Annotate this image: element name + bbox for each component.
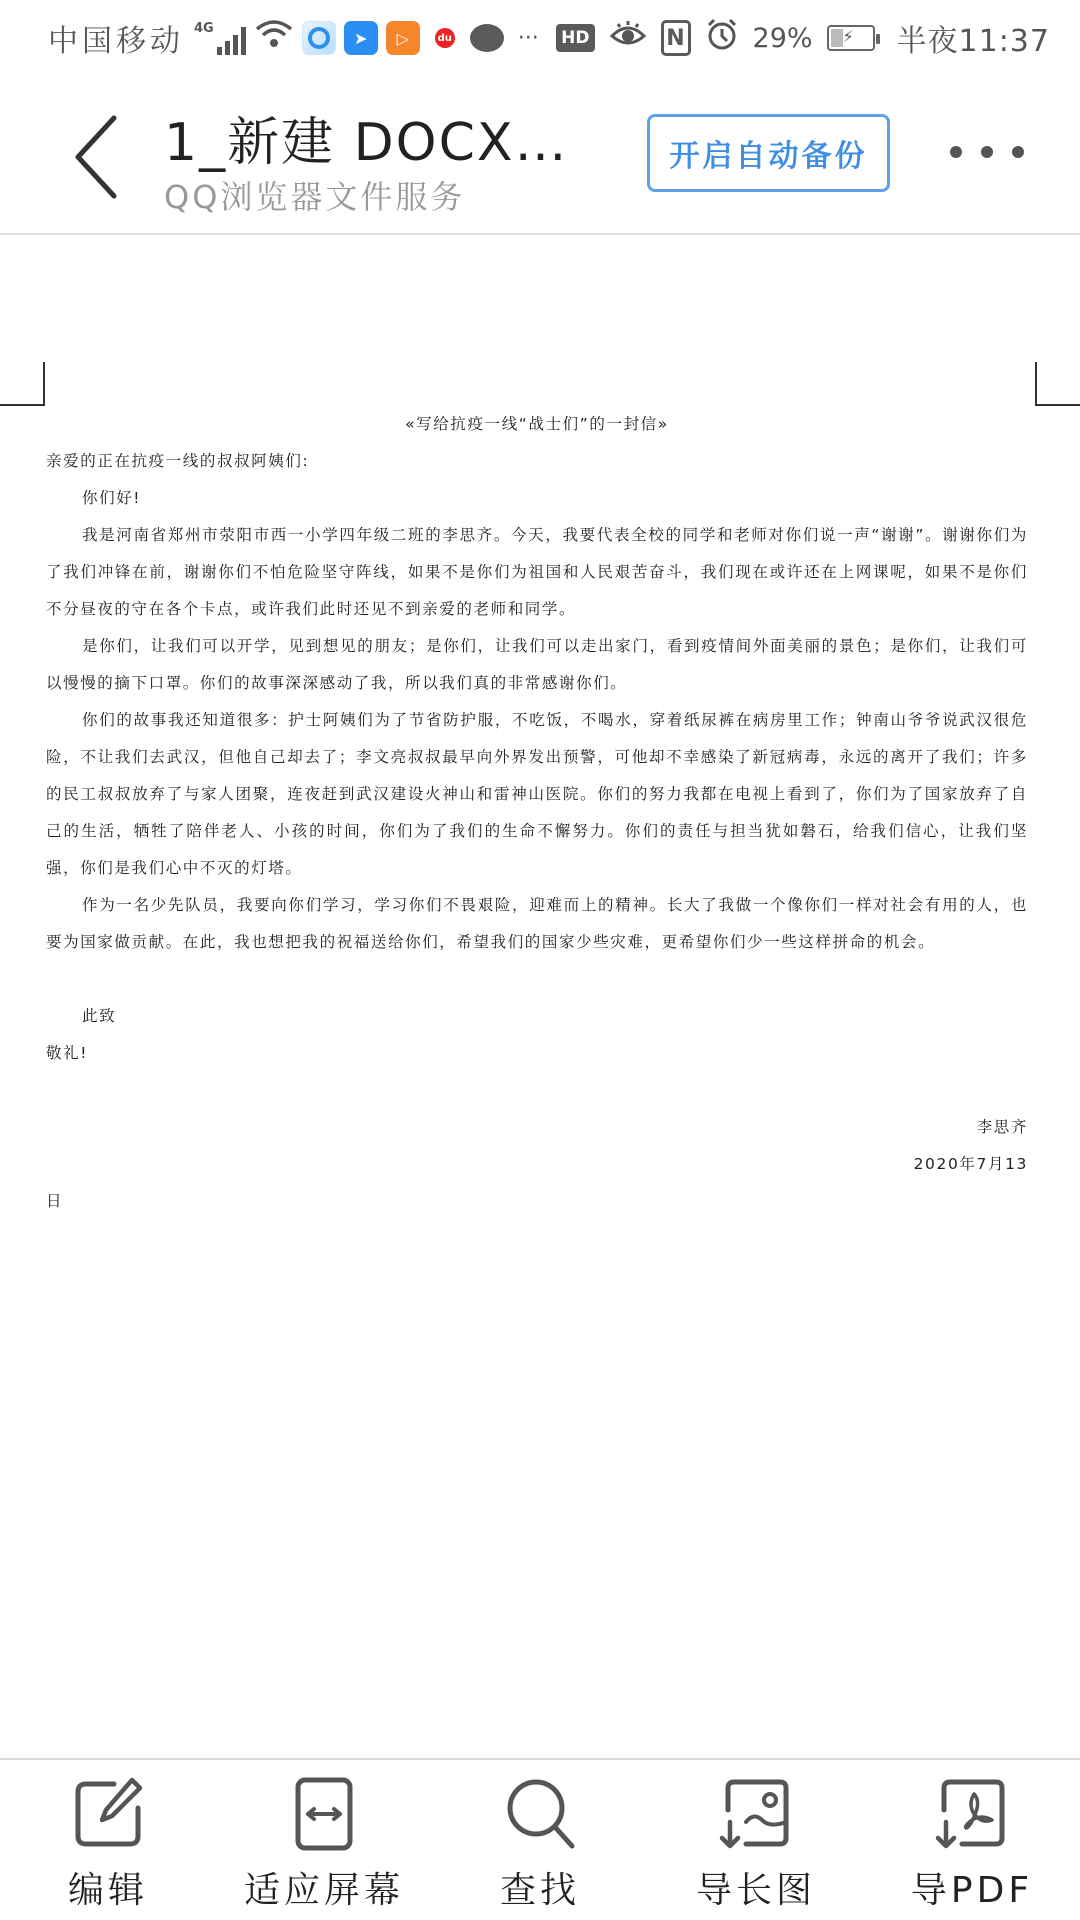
wifi-icon [254, 17, 294, 59]
baidu-map-icon: du [428, 21, 462, 55]
export-image-icon [716, 1774, 796, 1854]
export-pdf-icon [932, 1774, 1012, 1854]
bottom-toolbar: 编辑 适应屏幕 查找 导长图 导PDF [0, 1760, 1080, 1920]
edit-label: 编辑 [68, 1862, 148, 1913]
export-long-image-label: 导长图 [696, 1862, 816, 1913]
video-app-icon: ▷ [386, 21, 420, 55]
document-content: «写给抗疫一线“战士们”的一封信» 亲爱的正在抗疫一线的叔叔阿姨们: 你们好! … [46, 406, 1028, 1220]
battery-percent: 29% [753, 23, 813, 54]
document-title: 1_新建 DOCX… [164, 100, 569, 175]
hd-icon: HD [556, 24, 594, 52]
letter-date-tail: 日 [46, 1183, 1028, 1220]
carrier-name: 中国移动 [48, 16, 184, 60]
letter-paragraph: 是你们，让我们可以开学，见到想见的朋友；是你们，让我们可以走出家门，看到疫情间外… [46, 628, 1028, 702]
chevron-left-icon [70, 112, 130, 202]
fit-screen-button[interactable]: 适应屏幕 [216, 1760, 432, 1920]
blank-line [46, 961, 1028, 998]
alarm-icon [705, 17, 739, 59]
export-pdf-button[interactable]: 导PDF [864, 1760, 1080, 1920]
back-button[interactable] [70, 112, 130, 202]
edit-icon [68, 1774, 148, 1854]
eye-comfort-icon [609, 18, 647, 58]
battery-icon: ⚡ [827, 25, 875, 51]
document-viewer[interactable]: «写给抗疫一线“战士们”的一封信» 亲爱的正在抗疫一线的叔叔阿姨们: 你们好! … [0, 236, 1080, 1756]
page-margin-mark-left [0, 362, 45, 406]
export-pdf-label: 导PDF [911, 1862, 1033, 1913]
more-notifications-icon: ··· [518, 26, 539, 51]
fit-screen-label: 适应屏幕 [244, 1862, 404, 1913]
nfc-icon: N [661, 20, 691, 56]
blank-line [46, 1072, 1028, 1109]
document-source: QQ浏览器文件服务 [164, 172, 465, 218]
more-dot-icon [981, 146, 993, 158]
more-options-button[interactable] [950, 132, 1024, 172]
letter-greeting: 你们好! [46, 480, 1028, 517]
letter-salutation: 亲爱的正在抗疫一线的叔叔阿姨们: [46, 443, 1028, 480]
message-icon [470, 24, 504, 52]
search-button[interactable]: 查找 [432, 1760, 648, 1920]
more-dot-icon [1012, 146, 1024, 158]
dingtalk-icon: ➤ [344, 21, 378, 55]
letter-paragraph: 你们的故事我还知道很多：护士阿姨们为了节省防护服，不吃饭，不喝水，穿着纸尿裤在病… [46, 702, 1028, 887]
edit-button[interactable]: 编辑 [0, 1760, 216, 1920]
letter-closing-2: 敬礼! [46, 1035, 1028, 1072]
fit-screen-icon [284, 1774, 364, 1854]
network-type: 4G [194, 21, 214, 36]
search-icon [500, 1774, 580, 1854]
letter-closing-1: 此致 [46, 998, 1028, 1035]
status-right: HD N 29% ⚡ 半夜11:37 [556, 16, 1050, 60]
auto-backup-button[interactable]: 开启自动备份 [647, 114, 890, 192]
letter-paragraph: 我是河南省郑州市荥阳市西一小学四年级二班的李思齐。今天，我要代表全校的同学和老师… [46, 517, 1028, 628]
qq-browser-icon [302, 21, 336, 55]
letter-paragraph: 作为一名少先队员，我要向你们学习，学习你们不畏艰险，迎难而上的精神。长大了我做一… [46, 887, 1028, 961]
page-margin-mark-right [1035, 362, 1080, 406]
status-left: 中国移动 4G ➤ ▷ du ··· [48, 16, 539, 60]
clock: 半夜11:37 [897, 16, 1050, 60]
status-bar: 中国移动 4G ➤ ▷ du ··· HD N 29% ⚡ 半夜11:37 [0, 0, 1080, 76]
signal-icon: 4G [192, 21, 246, 55]
search-label: 查找 [500, 1862, 580, 1913]
more-dot-icon [950, 146, 962, 158]
export-long-image-button[interactable]: 导长图 [648, 1760, 864, 1920]
letter-date: 2020年7月13 [46, 1146, 1028, 1183]
header-divider [0, 233, 1080, 235]
letter-title: «写给抗疫一线“战士们”的一封信» [46, 406, 1028, 443]
app-header: 1_新建 DOCX… QQ浏览器文件服务 开启自动备份 [0, 92, 1080, 232]
letter-signature: 李思齐 [46, 1109, 1028, 1146]
